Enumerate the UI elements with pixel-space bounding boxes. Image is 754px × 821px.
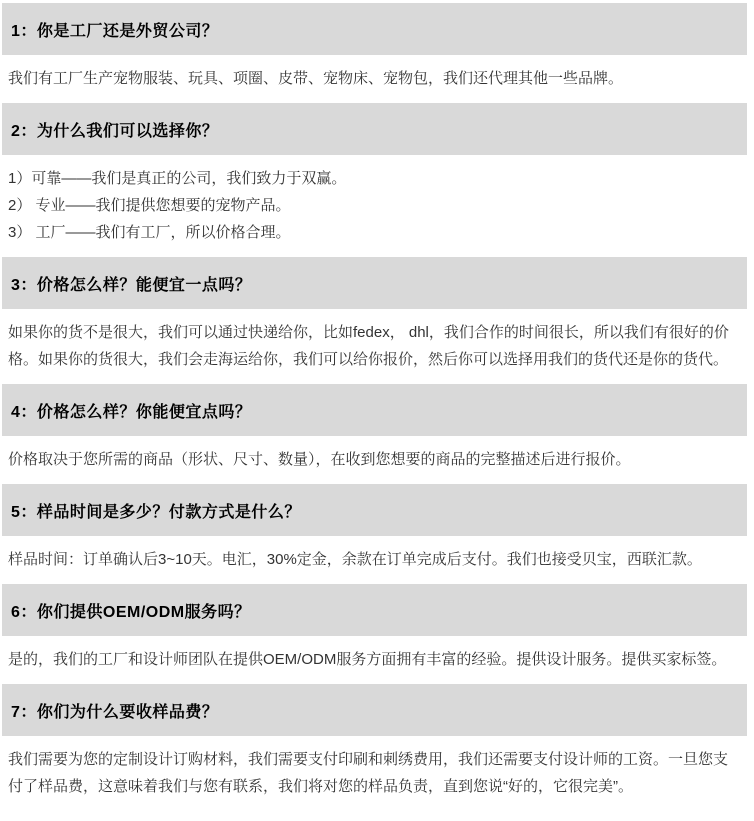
faq-item-2: 2：为什么我们可以选择你？ 1）可靠——我们是真正的公司，我们致力于双赢。 2）…: [2, 103, 747, 257]
faq-answer-4: 价格取决于您所需的商品（形状、尺寸、数量），在收到您想要的商品的完整描述后进行报…: [2, 436, 747, 484]
faq-question-1: 1：你是工厂还是外贸公司？: [2, 3, 747, 55]
faq-answer-7: 我们需要为您的定制设计订购材料，我们需要支付印刷和刺绣费用，我们还需要支付设计师…: [2, 736, 747, 811]
faq-answer-5: 样品时间：订单确认后3~10天。电汇，30%定金，余款在订单完成后支付。我们也接…: [2, 536, 747, 584]
faq-answer-2-line-2: 2） 专业——我们提供您想要的宠物产品。: [8, 192, 739, 219]
faq-question-4: 4：价格怎么样？你能便宜点吗？: [2, 384, 747, 436]
faq-question-6: 6：你们提供OEM/ODM服务吗？: [2, 584, 747, 636]
faq-answer-3: 如果你的货不是很大，我们可以通过快递给你，比如fedex， dhl，我们合作的时…: [2, 309, 747, 384]
faq-answer-2-line-3: 3） 工厂——我们有工厂，所以价格合理。: [8, 219, 739, 246]
faq-answer-2: 1）可靠——我们是真正的公司，我们致力于双赢。 2） 专业——我们提供您想要的宠…: [2, 155, 747, 257]
faq-answer-6: 是的，我们的工厂和设计师团队在提供OEM/ODM服务方面拥有丰富的经验。提供设计…: [2, 636, 747, 684]
faq-question-7: 7：你们为什么要收样品费？: [2, 684, 747, 736]
faq-question-5: 5：样品时间是多少？付款方式是什么？: [2, 484, 747, 536]
faq-item-5: 5：样品时间是多少？付款方式是什么？ 样品时间：订单确认后3~10天。电汇，30…: [2, 484, 747, 584]
faq-item-4: 4：价格怎么样？你能便宜点吗？ 价格取决于您所需的商品（形状、尺寸、数量），在收…: [2, 384, 747, 484]
faq-item-3: 3：价格怎么样？能便宜一点吗？ 如果你的货不是很大，我们可以通过快递给你，比如f…: [2, 257, 747, 384]
faq-item-6: 6：你们提供OEM/ODM服务吗？ 是的，我们的工厂和设计师团队在提供OEM/O…: [2, 584, 747, 684]
faq-question-2: 2：为什么我们可以选择你？: [2, 103, 747, 155]
faq-answer-1: 我们有工厂生产宠物服装、玩具、项圈、皮带、宠物床、宠物包，我们还代理其他一些品牌…: [2, 55, 747, 103]
faq-question-3: 3：价格怎么样？能便宜一点吗？: [2, 257, 747, 309]
faq-item-7: 7：你们为什么要收样品费？ 我们需要为您的定制设计订购材料，我们需要支付印刷和刺…: [2, 684, 747, 811]
faq-answer-2-line-1: 1）可靠——我们是真正的公司，我们致力于双赢。: [8, 165, 739, 192]
faq-page: 1：你是工厂还是外贸公司？ 我们有工厂生产宠物服装、玩具、项圈、皮带、宠物床、宠…: [0, 0, 754, 821]
faq-item-1: 1：你是工厂还是外贸公司？ 我们有工厂生产宠物服装、玩具、项圈、皮带、宠物床、宠…: [2, 3, 747, 103]
